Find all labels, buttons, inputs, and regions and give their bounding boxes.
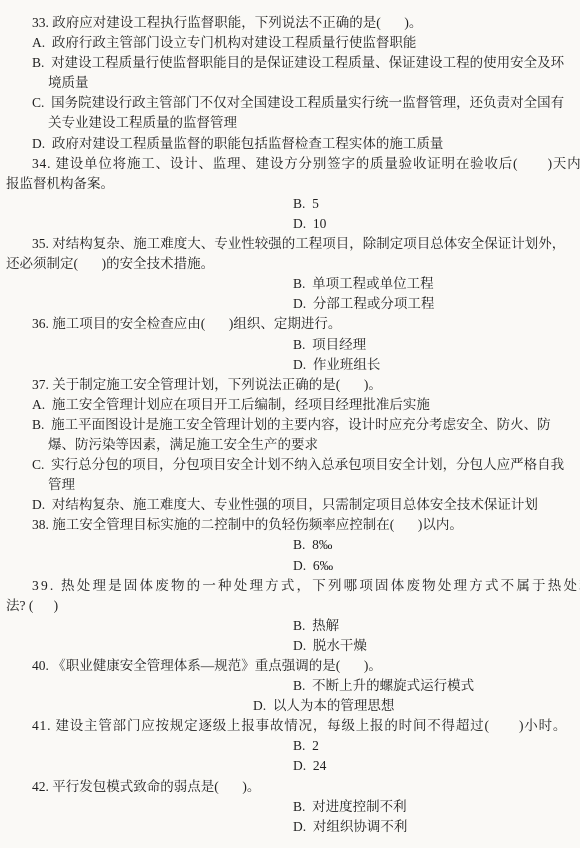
q34-stem-cont: 报监督机构备案。 bbox=[0, 174, 580, 194]
q37-opt-b: B. 施工平面图设计是施工安全管理计划的主要内容，设计时应充分考虑安全、防火、防 bbox=[0, 415, 580, 435]
q33-opt-c: C. 国务院建设行政主管部门不仅对全国建设工程质量实行统一监督管理，还负责对全国… bbox=[0, 93, 580, 113]
q33-opt-b: B. 对建设工程质量行使监督职能目的是保证建设工程质量、保证建设工程的使用安全及… bbox=[0, 53, 580, 73]
q41-opt-d: D. 24 bbox=[293, 756, 326, 776]
q39-stem: 39. 热处理是固体废物的一种处理方式，下列哪项固体废物处理方式不属于热处理方 bbox=[0, 576, 580, 596]
q39-opt-b: B. 热解 bbox=[293, 616, 339, 636]
q41-opt-row-1: A. 1 B. 2 bbox=[0, 736, 580, 756]
q38-stem: 38. 施工安全管理目标实施的二控制中的负轻伤频率应控制在( )以内。 bbox=[0, 515, 580, 535]
q33-opt-d: D. 政府对建设工程质量监督的职能包括监督检查工程实体的施工质量 bbox=[0, 134, 580, 154]
q33-opt-a: A. 政府行政主管部门设立专门机构对建设工程质量行使监督职能 bbox=[0, 33, 580, 53]
q36-opt-b: B. 项目经理 bbox=[293, 335, 366, 355]
q35-opt-row-1: A. 单位工程或分部分项工程 B. 单项工程或单位工程 bbox=[0, 274, 580, 294]
q33-opt-c-cont: 关专业建设工程质量的监督管理 bbox=[0, 113, 580, 133]
q41-opt-row-2: C. 12 D. 24 bbox=[0, 756, 580, 776]
q36-stem: 36. 施工项目的安全检查应由( )组织、定期进行。 bbox=[0, 314, 580, 334]
q35-opt-b: B. 单项工程或单位工程 bbox=[293, 274, 434, 294]
q38-opt-d: D. 6‰ bbox=[293, 556, 333, 576]
q37-opt-b-cont: 爆、防污染等因素，满足施工安全生产的要求 bbox=[0, 435, 580, 455]
q36-opt-row-2: C. 主管生产的负责人 D. 作业班组长 bbox=[0, 355, 580, 375]
q33-stem: 33. 政府应对建设工程执行监督职能，下列说法不正确的是( )。 bbox=[0, 13, 580, 33]
q34-opt-b: B. 5 bbox=[293, 194, 319, 214]
q40-opt-row-2: C. 以人为本、持续改进的动态管理思想 D. 以人为本的管理思想 bbox=[0, 696, 580, 716]
q40-opt-d: D. 以人为本的管理思想 bbox=[253, 696, 394, 716]
q35-stem-cont: 还必须制定( )的安全技术措施。 bbox=[0, 254, 580, 274]
q42-opt-row-1: A. 费用控制难度大 B. 对进度控制不利 bbox=[0, 797, 580, 817]
q39-opt-row-1: A. 焚烧 B. 热解 bbox=[0, 616, 580, 636]
q36-opt-d: D. 作业班组长 bbox=[293, 355, 380, 375]
q35-opt-d: D. 分部工程或分项工程 bbox=[293, 294, 434, 314]
q40-opt-b: B. 不断上升的螺旋式运行模式 bbox=[293, 676, 474, 696]
q40-stem: 40. 《职业健康安全管理体系—规范》重点强调的是( )。 bbox=[0, 656, 580, 676]
q38-opt-b: B. 8‰ bbox=[293, 535, 332, 555]
q38-opt-row-1: A. 8% B. 8‰ bbox=[0, 535, 580, 555]
q39-opt-row-2: C. 熔烧 D. 脱水干燥 bbox=[0, 636, 580, 656]
q42-opt-row-2: C. 质量控制难度大 D. 对组织协调不利 bbox=[0, 817, 580, 837]
q39-opt-d: D. 脱水干燥 bbox=[293, 636, 367, 656]
q37-stem: 37. 关于制定施工安全管理计划，下列说法正确的是( )。 bbox=[0, 375, 580, 395]
q38-opt-row-2: C. 6% D. 6‰ bbox=[0, 556, 580, 576]
q34-opt-row-1: A. 3 B. 5 bbox=[0, 194, 580, 214]
q37-opt-c-cont: 管理 bbox=[0, 475, 580, 495]
q39-stem-cont: 法? ( ) bbox=[0, 596, 580, 616]
q41-opt-b: B. 2 bbox=[293, 736, 319, 756]
q42-stem: 42. 平行发包模式致命的弱点是( )。 bbox=[0, 777, 580, 797]
q35-stem: 35. 对结构复杂、施工难度大、专业性较强的工程项目，除制定项目总体安全保证计划… bbox=[0, 234, 580, 254]
q36-opt-row-1: A. 公司最高领导 B. 项目经理 bbox=[0, 335, 580, 355]
q34-opt-row-2: C. 7 D. 10 bbox=[0, 214, 580, 234]
q41-stem: 41. 建设主管部门应按规定逐级上报事故情况，每级上报的时间不得超过( )小时。 bbox=[0, 716, 580, 736]
q33-opt-b-cont: 境质量 bbox=[0, 73, 580, 93]
q37-opt-c: C. 实行总分包的项目，分包项目安全计划不纳入总承包项目安全计划，分包人应严格自… bbox=[0, 455, 580, 475]
q40-opt-row-1: A. PDCA 动态循环的模式 B. 不断上升的螺旋式运行模式 bbox=[0, 676, 580, 696]
q34-stem: 34. 建设单位将施工、设计、监理、建设方分别签字的质量验收证明在验收后( )天… bbox=[0, 154, 580, 174]
exam-page: 33. 政府应对建设工程执行监督职能，下列说法不正确的是( )。 A. 政府行政… bbox=[0, 0, 580, 837]
q34-opt-d: D. 10 bbox=[293, 214, 326, 234]
q35-opt-row-2: C. 单位工程或分部工程 D. 分部工程或分项工程 bbox=[0, 294, 580, 314]
q37-opt-a: A. 施工安全管理计划应在项目开工后编制，经项目经理批准后实施 bbox=[0, 395, 580, 415]
q42-opt-b: B. 对进度控制不利 bbox=[293, 797, 407, 817]
q42-opt-d: D. 对组织协调不利 bbox=[293, 817, 407, 837]
q37-opt-d: D. 对结构复杂、施工难度大、专业性强的项目，只需制定项目总体安全技术保证计划 bbox=[0, 495, 580, 515]
